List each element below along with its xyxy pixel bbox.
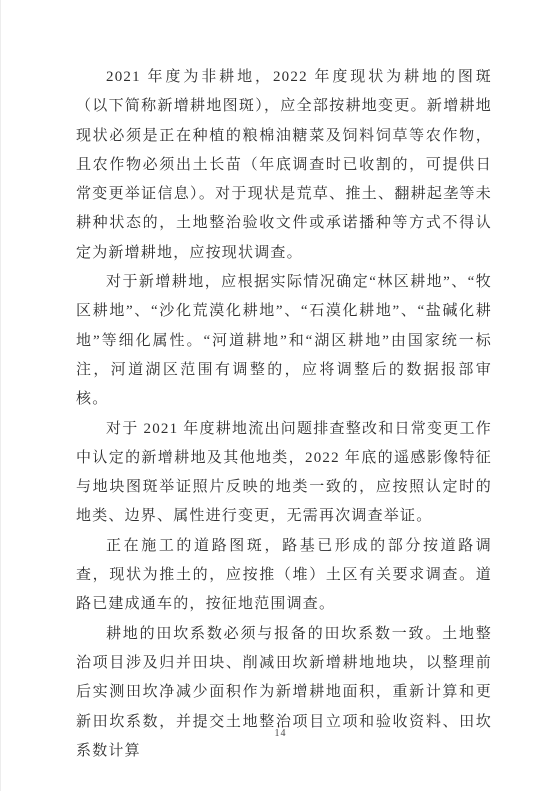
body-text: 2021 年度为非耕地，2022 年度现状为耕地的图斑（以下简称新增耕地图斑），…	[76, 63, 492, 766]
paragraph-road-under-construction: 正在施工的道路图斑，路基已形成的部分按道路调查，现状为推土的，应按推（堆）土区有…	[76, 532, 492, 620]
paragraph-field-ridge-coefficient: 耕地的田坎系数必须与报备的田坎系数一致。土地整治项目涉及归并田块、削减田坎新增耕…	[76, 620, 492, 766]
page-number: 14	[1, 728, 560, 739]
paragraph-new-cultivated-land-change: 2021 年度为非耕地，2022 年度现状为耕地的图斑（以下简称新增耕地图斑），…	[76, 63, 492, 268]
paragraph-2021-outflow-rectification: 对于 2021 年度耕地流出问题排查整改和日常变更工作中认定的新增耕地及其他地类…	[76, 415, 492, 532]
paragraph-refined-attributes: 对于新增耕地，应根据实际情况确定“林区耕地”、“牧区耕地”、“沙化荒漠化耕地”、…	[76, 268, 492, 414]
document-page: 2021 年度为非耕地，2022 年度现状为耕地的图斑（以下简称新增耕地图斑），…	[0, 0, 560, 791]
